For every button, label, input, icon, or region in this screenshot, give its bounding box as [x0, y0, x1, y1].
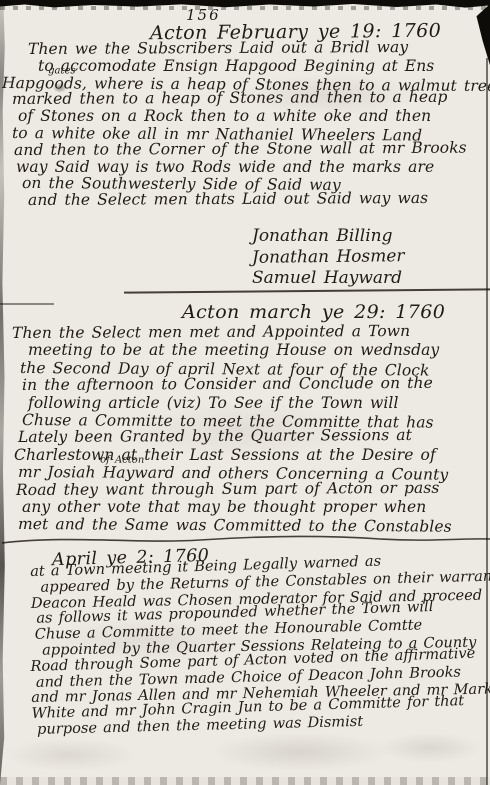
- scan-border-right: [486, 58, 488, 785]
- scan-border-top-fuzz: [0, 6, 490, 10]
- entry-body-april: at a Town meeting it Being Legally warne…: [28, 552, 490, 738]
- signature: Jonathan Billing: [252, 226, 405, 247]
- manuscript-line: way Said way is two Rods wide and the ma…: [16, 159, 490, 176]
- entry-body-february: Then we the Subscribers Laid out a Bridl…: [0, 41, 490, 209]
- ink-divider: [124, 288, 490, 293]
- manuscript-line: and then to the Corner of the Stone wall…: [14, 139, 490, 158]
- manuscript-line: Then we the Subscribers Laid out a Bridl…: [28, 39, 490, 58]
- entry-date-heading-march: Acton march ye 29: 1760: [182, 301, 445, 323]
- manuscript-line: of Stones on a Rock then to a white oke …: [18, 108, 490, 125]
- entry-body-march: Then the Select men met and Appointed a …: [0, 325, 490, 534]
- interlinear-insertion: gates: [48, 66, 75, 76]
- manuscript-line: Road they want through Sum part of Acton…: [16, 479, 490, 499]
- selectmen-signatures: Jonathan Billing Jonathan Hosmer Samuel …: [252, 226, 405, 289]
- manuscript-line: Lately been Granted by the Quarter Sessi…: [18, 427, 490, 447]
- manuscript-page: 156 Acton February ye 19: 1760 Then we t…: [0, 0, 490, 785]
- signature: Samuel Hayward: [252, 268, 405, 289]
- wavy-ink-divider: [0, 533, 490, 547]
- interlinear-insertion: of Acton: [100, 456, 144, 466]
- ink-divider-left-dash: [0, 303, 54, 305]
- scan-border-bottom: [0, 777, 490, 785]
- manuscript-line: any other vote that may be thought prope…: [22, 499, 490, 516]
- manuscript-line: in the afternoon to Consider and Conclud…: [22, 375, 490, 395]
- manuscript-line: Then the Select men met and Appointed a …: [12, 322, 490, 342]
- manuscript-line: meeting to be at the meeting House on we…: [28, 342, 490, 359]
- manuscript-line: following article (viz) To See if the To…: [28, 395, 490, 412]
- manuscript-line: marked then to a heap of Stones and then…: [12, 89, 490, 108]
- manuscript-line: Charlestown at their Last Sessions at th…: [14, 447, 490, 464]
- manuscript-line: to accomodate Ensign Hapgood Begining at…: [38, 58, 490, 75]
- signature: Jonathan Hosmer: [252, 246, 405, 269]
- manuscript-line: and the Select men thats Laid out Said w…: [28, 190, 490, 209]
